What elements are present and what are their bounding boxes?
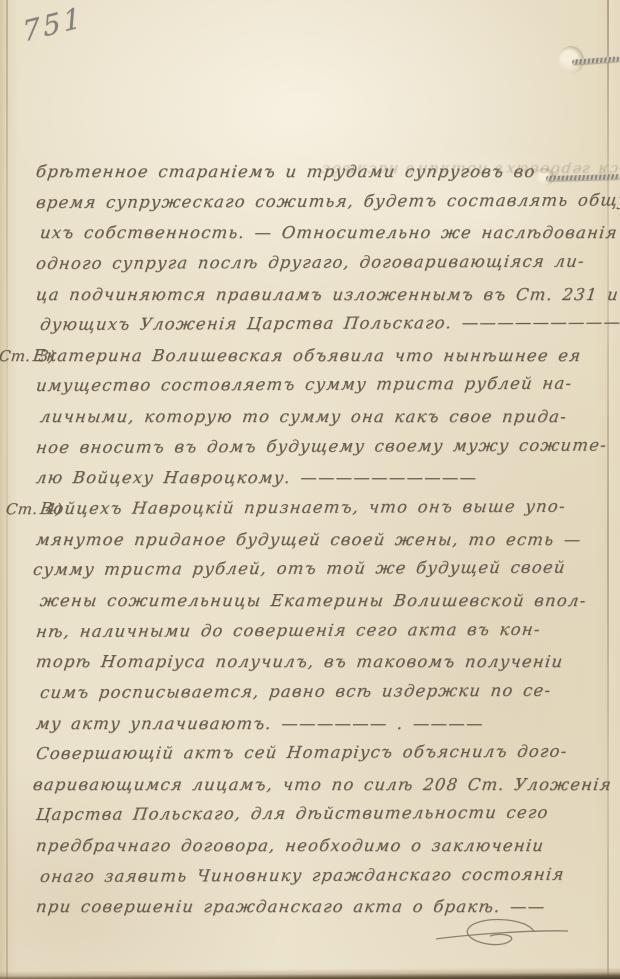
manuscript-line: Ст. 4)Войцехъ Навроцкій признаетъ, что о…	[38, 492, 613, 525]
manuscript-line: Совершающій актъ сей Нотаріусъ объяснилъ…	[34, 737, 613, 770]
manuscript-line-text: нѣ, наличными до совершенія сего акта въ…	[35, 619, 542, 640]
manuscript-line-text: дующихъ Уложенія Царства Польскаго. ————…	[39, 313, 620, 335]
page-left-edge	[6, 0, 8, 979]
manuscript-lines: брѣтенное стараніемъ и трудами супруговъ…	[36, 157, 611, 923]
signature-flourish	[418, 903, 583, 958]
manuscript-line-text: онаго заявить Чиновнику гражданскаго сос…	[39, 864, 566, 885]
manuscript-line: брѣтенное стараніемъ и трудами супруговъ…	[34, 157, 613, 188]
manuscript-line-text: варивающимся лицамъ, что по силѣ 208 Ст.…	[32, 775, 620, 794]
page-bottom-edge	[0, 967, 620, 979]
manuscript-line-text: жены сожительницы Екатерины Волишевской …	[39, 591, 588, 610]
manuscript-line-text: лю Войцеху Навроцкому. ——————————	[35, 468, 479, 487]
manuscript-line: варивающимся лицамъ, что по силѣ 208 Ст.…	[31, 770, 613, 801]
manuscript-line-text: предбрачнаго договора, необходимо о закл…	[35, 836, 546, 855]
manuscript-line-text: имущество состовляетъ сумму триста рубле…	[35, 374, 573, 395]
manuscript-line-text: симъ росписывается, равно всѣ издержки п…	[39, 681, 552, 702]
manuscript-line-text: мянутое приданое будущей своей жены, то …	[35, 530, 583, 549]
manuscript-line: лю Войцеху Навроцкому. ——————————	[34, 463, 613, 494]
manuscript-line-text: ное вноситъ въ домъ будущему своему мужу…	[35, 435, 608, 456]
manuscript-line: Ст. 3)Екатерина Волишевская объявила что…	[31, 341, 613, 372]
manuscript-line-text: брѣтенное стараніемъ и трудами супруговъ…	[35, 162, 537, 181]
manuscript-line: ихъ собственность. — Относительно же нас…	[38, 218, 613, 249]
manuscript-line: мянутое приданое будущей своей жены, то …	[34, 525, 613, 556]
manuscript-line-text: время супружескаго сожитья, будетъ соста…	[35, 190, 620, 212]
manuscript-line: ное вноситъ въ домъ будущему своему мужу…	[34, 430, 613, 463]
manuscript-line: личными, которую то сумму она какъ свое …	[38, 402, 613, 433]
manuscript-line: онаго заявить Чиновнику гражданскаго сос…	[38, 859, 613, 892]
manuscript-line: время супружескаго сожитья, будетъ соста…	[34, 185, 613, 218]
manuscript-line-text: торѣ Нотаріуса получилъ, въ таковомъ пол…	[35, 652, 565, 671]
manuscript-line: жены сожительницы Екатерины Волишевской …	[38, 586, 613, 617]
manuscript-line-text: ихъ собственность. — Относительно же нас…	[39, 223, 619, 242]
margin-article-label: Ст. 4)	[4, 494, 64, 525]
manuscript-line-text: ца подчиняются правиламъ изложеннымъ въ …	[35, 285, 620, 304]
manuscript-line-text: му акту уплачиваютъ. —————— . ————	[35, 714, 485, 733]
margin-article-label: Ст. 3)	[0, 341, 57, 372]
manuscript-line-text: Царства Польскаго, для дѣйствительности …	[35, 803, 550, 824]
page-number: 751	[21, 0, 85, 48]
manuscript-line-text: Войцехъ Навроцкій признаетъ, что онъ выш…	[39, 497, 567, 518]
manuscript-line: Царства Польскаго, для дѣйствительности …	[34, 798, 613, 831]
manuscript-line: дующихъ Уложенія Царства Польскаго. ————…	[38, 308, 613, 341]
manuscript-line-text: сумму триста рублей, отъ той же будущей …	[32, 558, 567, 579]
manuscript-line: ца подчиняются правиламъ изложеннымъ въ …	[34, 280, 613, 311]
manuscript-line: имущество состовляетъ сумму триста рубле…	[34, 369, 613, 402]
manuscript-line: нѣ, наличными до совершенія сего акта въ…	[34, 614, 613, 647]
manuscript-line: торѣ Нотаріуса получилъ, въ таковомъ пол…	[34, 647, 613, 678]
manuscript-line: симъ росписывается, равно всѣ издержки п…	[38, 675, 613, 708]
manuscript-line: предбрачнаго договора, необходимо о закл…	[34, 831, 613, 862]
paper-page: 751 ся гербовыхъ пошлинъ наслѣдству въ б…	[0, 0, 620, 979]
manuscript-line: сумму триста рублей, отъ той же будущей …	[31, 553, 613, 586]
manuscript-line-text: Екатерина Волишевская объявила что нынѣш…	[32, 346, 583, 365]
manuscript-line: одного супруга послѣ другаго, договарива…	[34, 246, 613, 279]
manuscript-line-text: одного супруга послѣ другаго, договарива…	[35, 252, 586, 273]
manuscript-line-text: Совершающій актъ сей Нотаріусъ объяснилъ…	[35, 742, 569, 763]
manuscript-line: му акту уплачиваютъ. —————— . ————	[34, 709, 613, 740]
manuscript-line-text: личными, которую то сумму она какъ свое …	[39, 407, 568, 426]
